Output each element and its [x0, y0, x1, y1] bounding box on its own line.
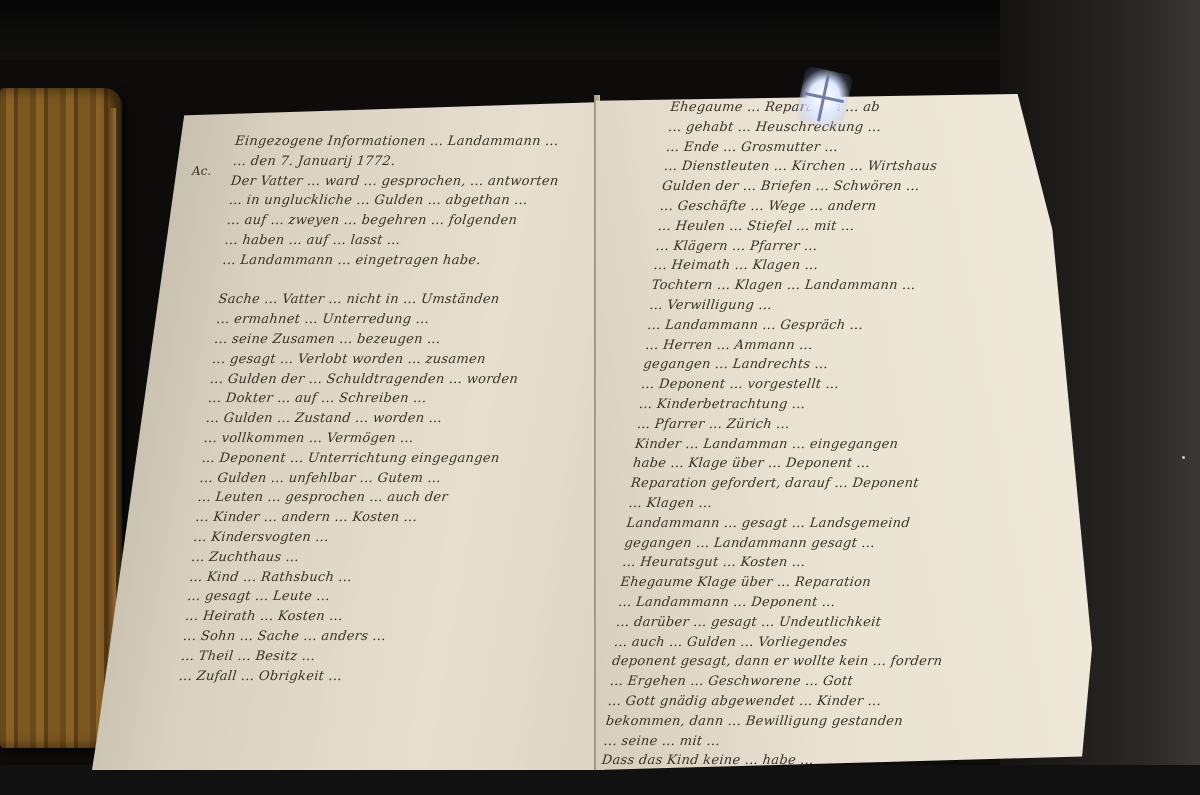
- manuscript-line: Sache ... Vatter ... nicht in ... Umstän…: [217, 290, 547, 310]
- manuscript-line: ... Zufall ... Obrigkeit ...: [178, 667, 508, 687]
- manuscript-line: ... Geschäfte ... Wege ... andern: [659, 197, 991, 217]
- manuscript-line: ... Gott gnädig abgewendet ... Kinder ..…: [607, 692, 939, 712]
- manuscript-line: deponent gesagt, dann er wollte kein ...…: [611, 652, 943, 672]
- manuscript-line: ... Gulden ... Zustand ... worden ...: [205, 409, 535, 429]
- manuscript-line: ... Dokter ... auf ... Schreiben ...: [207, 389, 537, 409]
- manuscript-left-page: Ac. Eingezogene Informationen ... Landam…: [92, 102, 604, 770]
- manuscript-line: ... Heuratsgut ... Kosten ...: [621, 553, 953, 573]
- manuscript-line: ... Dienstleuten ... Kirchen ... Wirtsha…: [663, 157, 995, 177]
- manuscript-line: ... auf ... zweyen ... begehren ... folg…: [226, 211, 556, 231]
- manuscript-line: habe ... Klage über ... Deponent ...: [632, 454, 964, 474]
- manuscript-line: ... gesagt ... Verlobt worden ... zusame…: [211, 350, 541, 370]
- manuscript-line: bekommen, dann ... Bewilligung gestanden: [605, 712, 937, 732]
- manuscript-line: Der Vatter ... ward ... gesprochen, ... …: [230, 172, 560, 192]
- manuscript-line: ... Landammann ... Gespräch ...: [646, 316, 978, 336]
- reflection-dot: [1182, 456, 1185, 459]
- manuscript-line: ... Klägern ... Pfarrer ...: [655, 237, 987, 257]
- manuscript-line: ... Ende ... Grosmutter ...: [665, 138, 997, 158]
- right-page-text: Ehegaume ... Reparation ... ab... gehabt…: [601, 98, 1002, 770]
- manuscript-line: ... ermahnet ... Unterredung ...: [215, 310, 545, 330]
- margin-note: Ac.: [192, 164, 211, 178]
- manuscript-line: ... Deponent ... vorgestellt ...: [640, 375, 972, 395]
- manuscript-line: ... Herren ... Ammann ...: [644, 336, 976, 356]
- manuscript-line: Landammann ... gesagt ... Landsgemeind: [626, 514, 958, 534]
- manuscript-line: gegangen ... Landammann gesagt ...: [624, 534, 956, 554]
- manuscript-line: ... Heirath ... Kosten ...: [184, 607, 514, 627]
- manuscript-line: ... darüber ... gesagt ... Undeutlichkei…: [615, 613, 947, 633]
- manuscript-line: ... Gulden der ... Schuldtragenden ... w…: [209, 370, 539, 390]
- manuscript-line: ... Gulden ... unfehlbar ... Gutem ...: [199, 469, 529, 489]
- manuscript-line: ... Kindersvogten ...: [192, 528, 522, 548]
- manuscript-line: gegangen ... Landrechts ...: [642, 355, 974, 375]
- manuscript-line: ... Verwilligung ...: [648, 296, 980, 316]
- manuscript-line: ... Kind ... Rathsbuch ...: [188, 568, 518, 588]
- manuscript-line: ... in ungluckliche ... Gulden ... abget…: [228, 191, 558, 211]
- manuscript-line: Tochtern ... Klagen ... Landammann ...: [651, 276, 983, 296]
- manuscript-line: ... auch ... Gulden ... Vorliegendes: [613, 633, 945, 653]
- manuscript-line: Ehegaume Klage über ... Reparation: [619, 573, 951, 593]
- manuscript-line: ... vollkommen ... Vermögen ...: [203, 429, 533, 449]
- manuscript-line: ... haben ... auf ... lasst ...: [224, 231, 554, 251]
- manuscript-line: ... Klagen ...: [628, 494, 960, 514]
- manuscript-line: ... Sohn ... Sache ... anders ...: [182, 627, 512, 647]
- manuscript-right-page: Ehegaume ... Reparation ... ab... gehabt…: [596, 94, 1092, 770]
- manuscript-line: ... den 7. Januarij 1772.: [232, 152, 562, 172]
- manuscript-line: ... seine Zusamen ... bezeugen ...: [213, 330, 543, 350]
- manuscript-line: ... Theil ... Besitz ...: [180, 647, 510, 667]
- manuscript-line: ... Heulen ... Stiefel ... mit ...: [657, 217, 989, 237]
- manuscript-line: ... Kinderbetrachtung ...: [638, 395, 970, 415]
- manuscript-line: ... Landammann ... Deponent ...: [617, 593, 949, 613]
- manuscript-line: ... Landammann ... eingetragen habe.: [222, 251, 552, 271]
- old-leather-book: [0, 88, 122, 748]
- manuscript-line: Eingezogene Informationen ... Landammann…: [234, 132, 564, 152]
- manuscript-line: ... Heimath ... Klagen ...: [653, 256, 985, 276]
- manuscript-line: Kinder ... Landamman ... eingegangen: [634, 435, 966, 455]
- manuscript-line: Reparation gefordert, darauf ... Deponen…: [630, 474, 962, 494]
- manuscript-line: ... Zuchthaus ...: [190, 548, 520, 568]
- manuscript-line: ... Ergehen ... Geschworene ... Gott: [609, 672, 941, 692]
- manuscript-line: ... Pfarrer ... Zürich ...: [636, 415, 968, 435]
- manuscript-line: ... gesagt ... Leute ...: [186, 587, 516, 607]
- manuscript-line: ... Deponent ... Unterrichtung eingegang…: [201, 449, 531, 469]
- manuscript-line: ... seine ... mit ...: [603, 732, 935, 752]
- manuscript-line: ... Leuten ... gesprochen ... auch der: [197, 488, 527, 508]
- left-page-text: Eingezogene Informationen ... Landammann…: [178, 132, 564, 686]
- manuscript-line: Gulden der ... Briefen ... Schwören ...: [661, 177, 993, 197]
- manuscript-line: ... Kinder ... andern ... Kosten ...: [195, 508, 525, 528]
- manuscript-line: [219, 271, 549, 291]
